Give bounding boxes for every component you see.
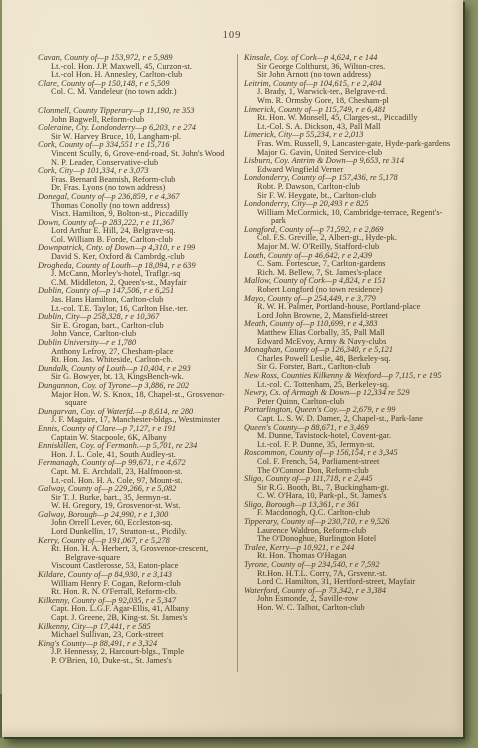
constituency-entry: Leitrim, County of—p 104,615, r e 2,404 … [244,80,452,106]
constituency-entry: Waterford, County of—p 73,342, r e 3,384… [244,587,452,613]
constituency-entry: Cork, City—p 101,334, r e 3,073 Fras. Be… [38,167,235,193]
constituency-name: Donegal, County of [38,192,104,201]
text-columns: Cavan, County of—p 153,972, r e 5,989 Lt… [38,54,454,672]
constituency-entry: Dundalk, County of Louth—p 10,404, r e 2… [38,365,235,382]
constituency-entry: Clonmell, County Tipperary—p 11,190, re … [38,107,235,124]
right-column: Kinsale, Coy. of Cork—p 4,624, r e 144 S… [244,54,452,613]
constituency-name: Galway, County of [38,484,101,493]
constituency-name: Fermanagh, County of [38,458,114,467]
member-line: Hon. W. C. Talbot, Carlton-club [244,604,452,613]
constituency-stats: —p 2,679, r e 99 [339,405,396,414]
constituency-name: Londonderry, City [244,199,306,208]
constituency-entry: Meath, County of—p 110,699, r e 4,383 Ma… [244,320,452,346]
constituency-entry: Downpatrick, Cnty. of Down—p 4,310, r e … [38,244,235,261]
constituency-name: Cavan, County of [38,53,97,62]
constituency-name: Dublin, City [38,312,80,321]
constituency-entry: Kinsale, Coy. of Cork—p 4,624, r e 144 S… [244,54,452,80]
left-column: Cavan, County of—p 153,972, r e 5,989 Lt… [38,54,235,666]
constituency-stats: —p 11,190, re 353 [133,106,195,115]
constituency-name: Roscommon, County of [244,448,322,457]
page-edge-mark [0,694,2,738]
constituency-entry: Tyrone, County of—p 234,540, r e 7,592 R… [244,561,452,587]
constituency-entry: Roscommon, County of—p 156,154, r e 3,34… [244,449,452,475]
constituency-entry: Dublin, County of—p 147,506, r e 6,251 J… [38,287,235,313]
constituency-entry: Down, County of—p 283,222, r e 11,367 Lo… [38,219,235,245]
constituency-name: Kinsale, Coy. of Cork [244,53,317,62]
constituency-entry: Mayo, County of—p 254,449, r e 3,779 R. … [244,295,452,321]
column-divider-rule [237,54,238,672]
constituency-entry: Mallow, County of Cork—p 4,824, r e 151 … [244,277,452,294]
constituency-name: Monaghan, County of [244,345,318,354]
constituency-entry: Ennis, County of Clare—p 7,127, r e 191 … [38,425,235,442]
constituency-entry: Queen's County—p 88,671, r e 3,469 M. Du… [244,424,452,450]
constituency-stats: —p 258,328, r e 10,367 [80,312,160,321]
constituency-entry: Galway, County of—p 229,266, r e 5,082 S… [38,485,235,511]
constituency-entry: Londonderry, County of—p 157,436, re 5,1… [244,174,452,200]
constituency-name: Limerick, City [244,130,292,139]
constituency-name: Tipperary, County of [244,517,314,526]
member-line: Major Hon. W. S. Knox, 18, Chapel-st., G… [38,391,235,408]
constituency-stats: —p 20,493 r e 825 [306,199,369,208]
constituency-entry: Tralee, Kerry—p 10,921, r e 244 Rt. Hon.… [244,544,452,561]
constituency-entry: Cork, County of—p 334,551 r e 15,716 Vin… [38,141,235,167]
constituency-stats: —p 157,436, re 5,178 [325,173,398,182]
member-line: William McCormick, 10, Cambridge-terrace… [244,209,452,226]
constituency-name: Enniskillen, Coy. of Fermanh. [38,441,139,450]
constituency-entry: Tipperary, County of—p 230,710, r e 9,52… [244,518,452,544]
constituency-stats: —p 5,701, re 234 [139,441,197,450]
constituency-name: Kildare, County of [38,570,101,579]
constituency-entry: Donegal, County of—p 236,859, r e 4,367 … [38,193,235,219]
constituency-entry: Longford, County of—p 71,592, r e 2,869 … [244,226,452,252]
constituency-entry: Fermanagh, County of—p 99,671, r e 4,672… [38,459,235,485]
constituency-stats: —p 7,115, r e 195 [381,371,441,380]
constituency-entry: Portarlington, Queen's Coy.—p 2,679, r e… [244,406,452,423]
constituency-entry: Louth, County of—p 46,642, r e 2,439 C. … [244,252,452,278]
constituency-name: Clonmell, County Tipperary [38,106,133,115]
constituency-stats: —p 12,334 re 529 [349,388,409,397]
constituency-name: Sligo, County of [244,474,299,483]
constituency-entry: Kerry, County of—p 191,067, r e 5,278 Rt… [38,537,235,571]
constituency-name: Cork, City [38,166,73,175]
constituency-entry: Kilkenny, County of—p 92,035, r e 5,347 … [38,597,235,623]
constituency-entry: Drogheda, County of Louth—p 18,094, r e … [38,262,235,288]
constituency-entry: Cavan, County of—p 153,972, r e 5,989 Lt… [38,54,235,80]
scan-background: 109 Cavan, County of—p 153,972, r e 5,98… [0,0,478,748]
constituency-stats: —p 3,886, re 202 [131,381,189,390]
constituency-entry: Sligo, County of—p 111,718, r e 2,445 Si… [244,475,452,501]
constituency-stats: —p 126,340, r e 5,121 [318,345,394,354]
constituency-name: Dungannon, Coy. of Tyrone [38,381,131,390]
constituency-stats: —p 230,710, r e 9,526 [314,517,390,526]
constituency-name: New Ross, Counties Kilkenny & Wexford [244,371,381,380]
constituency-stats: —r e 1,780 [99,338,137,347]
constituency-name: Tyrone, County of [244,560,304,569]
constituency-entry: Limerick, City—p 55,234, r e 2,013 Fras.… [244,131,452,157]
constituency-stats: —p 101,334, r e 3,073 [73,166,149,175]
constituency-entry: New Ross, Counties Kilkenny & Wexford—p … [244,372,452,389]
constituency-entry: Dublin, City—p 258,328, r e 10,367 Sir E… [38,313,235,339]
page-number: 109 [2,30,462,41]
constituency-stats: —p 84,930, r e 3,143 [101,570,172,579]
constituency-stats: —p 111,718, r e 2,445 [299,474,373,483]
constituency-entry: Dungannon, Coy. of Tyrone—p 3,886, re 20… [38,382,235,408]
constituency-entry: Coleraine, Cty. Londonderry—p 6,203, r e… [38,124,235,141]
constituency-entry: Monaghan, County of—p 126,340, r e 5,121… [244,346,452,372]
constituency-entry: King's County—p 88,491, r e 3,324 J.P. H… [38,640,235,666]
constituency-name: Coleraine, Cty. Londonderry [38,123,135,132]
constituency-entry: Newry, Cs. of Armagh & Down—p 12,334 re … [244,389,452,406]
constituency-stats: —p 55,234, r e 2,013 [292,130,363,139]
constituency-stats: —p 234,540, r e 7,592 [304,560,380,569]
constituency-stats: —p 9,653, re 314 [346,156,404,165]
constituency-stats: —p 6,203, r e 274 [135,123,196,132]
constituency-name: Cork, County of [38,140,92,149]
constituency-entry: Dungarvan, Coy. of Waterfd.—p 8,614, re … [38,408,235,425]
constituency-name: Portarlington, Queen's Coy. [244,405,339,414]
constituency-entry: Lisburn, Coy. Antrim & Down—p 9,653, re … [244,157,452,174]
constituency-entry: Kilkenny, City—p 17,441, r e 585 Michael… [38,623,235,640]
constituency-entry: Kildare, County of—p 84,930, r e 3,143 W… [38,571,235,597]
constituency-name: Newry, Cs. of Armagh & Down [244,388,349,397]
constituency-stats: —p 7,127, r e 191 [115,424,176,433]
constituency-stats: —p 334,551 r e 15,716 [92,140,170,149]
constituency-entry: Galway, Borough—p 24,990, r e 1,300 John… [38,511,235,537]
member-line: Col. C. M. Vandeleur (no town addr.) [38,88,235,97]
constituency-entry: Limerick, County of—p 115,749, r e 6,481… [244,106,452,132]
constituency-entry: Enniskillen, Coy. of Fermanh.—p 5,701, r… [38,442,235,459]
constituency-name: Dublin University [38,338,99,347]
constituency-entry: Sligo, Borough—p 13,361, r e 361 F. Macd… [244,501,452,518]
constituency-name: Ennis, County of Clare [38,424,115,433]
constituency-stats: —p 99,671, r e 4,672 [114,458,185,467]
book-page: 109 Cavan, County of—p 153,972, r e 5,98… [2,0,463,737]
constituency-stats: —p 229,266, r e 5,082 [101,484,177,493]
constituency-stats: —p 4,624, r e 144 [317,53,378,62]
constituency-stats: —p 236,859, r e 4,367 [104,192,180,201]
constituency-stats: —p 156,154, r e 3,345 [322,448,398,457]
constituency-name: Londonderry, County of [244,173,325,182]
constituency-entry: Dublin University—r e 1,780 Anthony Lefr… [38,339,235,365]
constituency-entry: Londonderry, City—p 20,493 r e 825 Willi… [244,200,452,226]
constituency-name: Lisburn, Coy. Antrim & Down [244,156,346,165]
constituency-stats: —p 153,972, r e 5,989 [97,53,173,62]
member-line: P. O'Brien, 10, Duke-st., St. James's [38,657,235,666]
member-line: Rt. Hon. H. A. Herbert, 3, Grosvenor-cre… [38,545,235,562]
constituency-entry: Clare, County of—p 150,148, r e 5,509 Co… [38,80,235,97]
